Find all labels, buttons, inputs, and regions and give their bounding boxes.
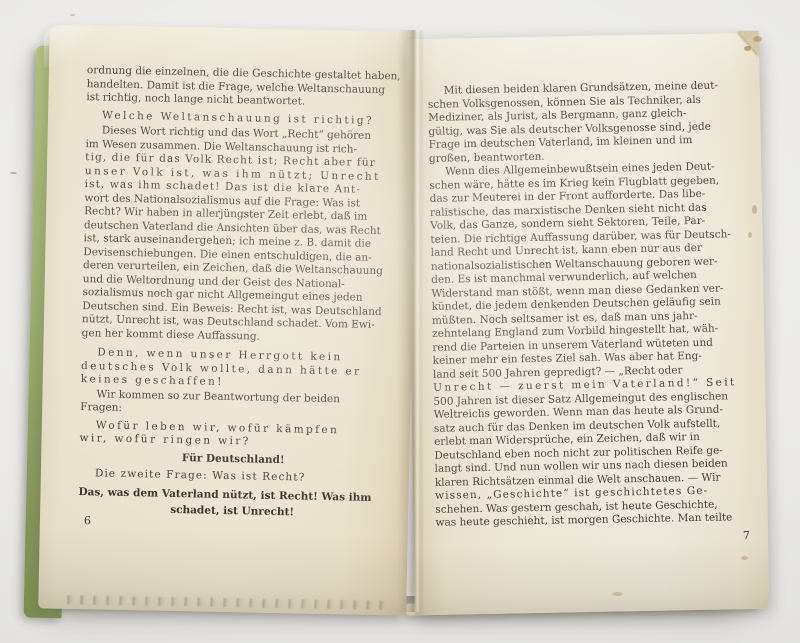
background-speck [70,14,75,16]
dog-ear-fold [738,31,759,56]
text-line: schadet, ist Unrecht! [78,502,386,522]
stain-speck [753,36,762,42]
stain-speck [748,232,752,238]
left-page: ordnung die einzelnen, die die Geschicht… [38,24,418,615]
right-page: Mit diesen beiden klaren Grundsätzen, me… [405,33,769,615]
page-number-left: 6 [84,514,91,527]
page-number-right: 7 [743,529,750,542]
stain-speck [741,556,748,560]
text-line: Für Deutschland! [79,450,387,470]
left-page-text: ordnung die einzelnen, die die Geschicht… [78,64,395,522]
text-line: Die zweite Frage: Was ist Recht? [79,467,387,487]
stain-speck [612,592,623,596]
stain-speck [752,205,757,214]
background-speck [10,172,17,174]
stain-speck [744,46,751,51]
right-page-text: Mit diesen beiden klaren Grundsätzen, me… [428,79,752,530]
book-photo: ordnung die einzelnen, die die Geschicht… [0,0,800,643]
